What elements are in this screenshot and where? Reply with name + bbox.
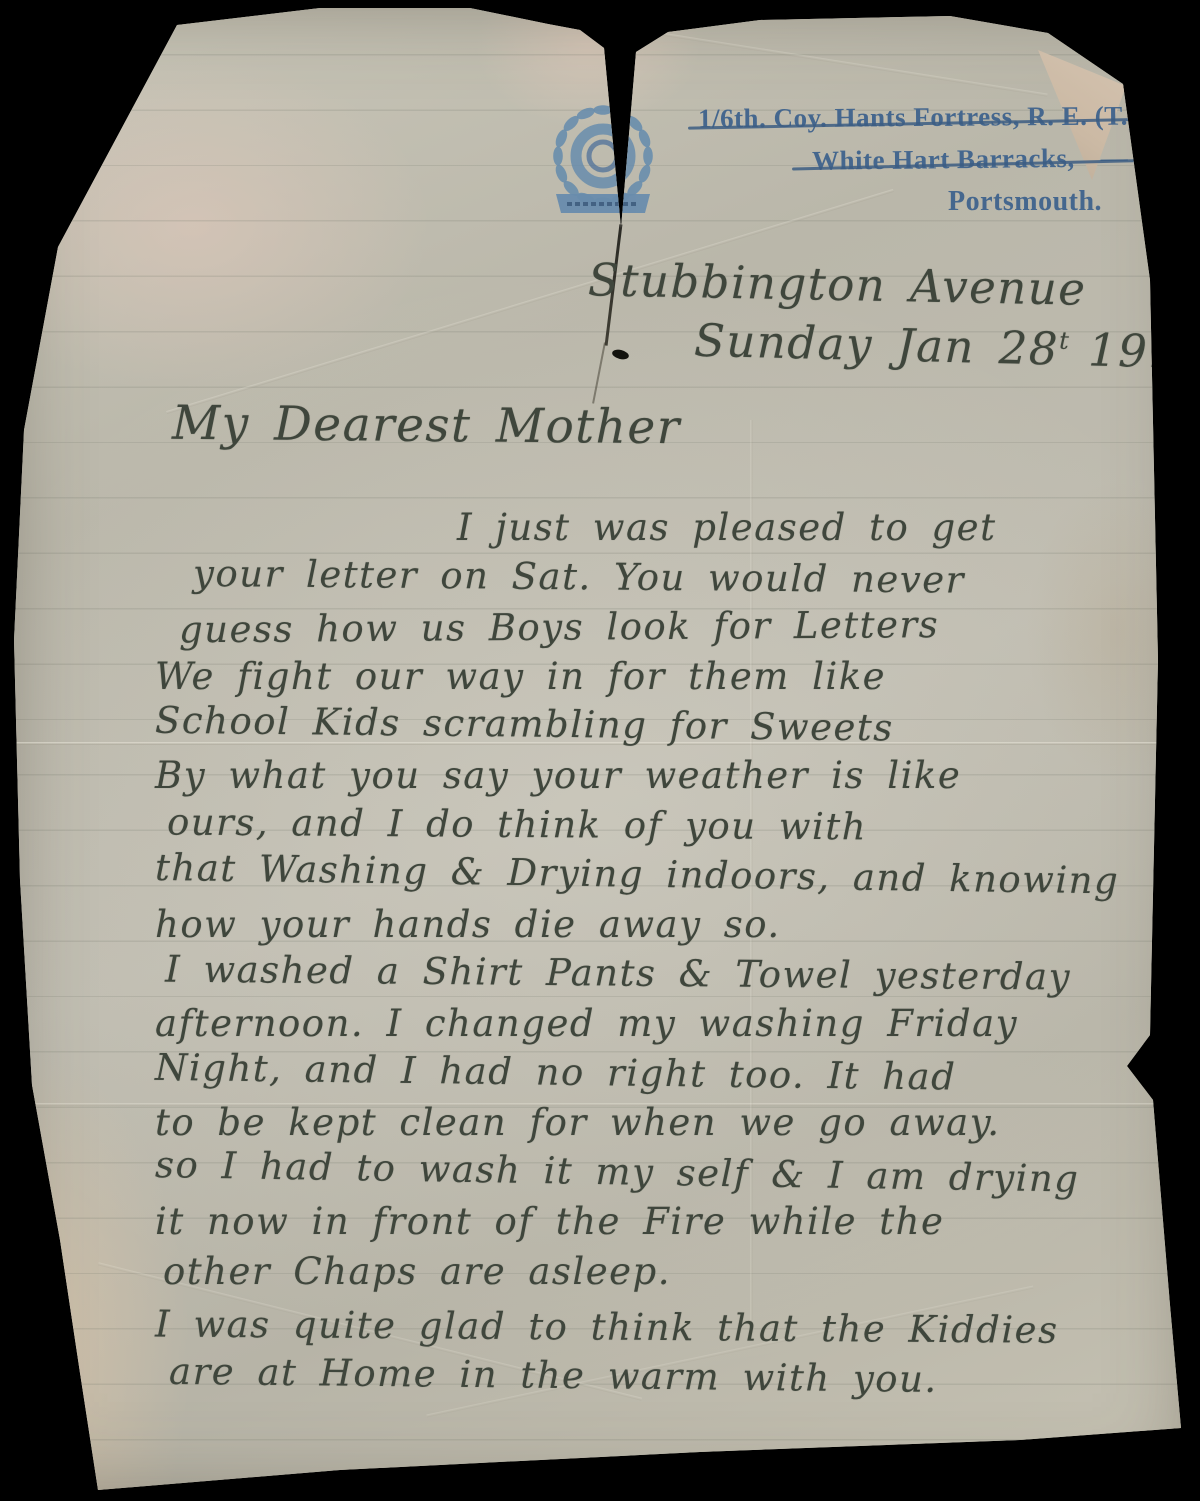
royal-engineers-crest-icon: [541, 90, 665, 224]
scanned-letter-page: 1/6th. Coy. Hants Fortress, R. E. (T.) W…: [0, 0, 1200, 1501]
handwriting-line: Night, and I had no right too. It had: [155, 1045, 1166, 1107]
handwriting-line: I just was pleased to get: [155, 506, 1165, 556]
letterhead-barracks-text: White Hart Barracks,: [812, 143, 1075, 176]
handwriting-line: other Chaps are asleep.: [155, 1250, 1165, 1300]
handwriting-line: it now in front of the Fire while the: [155, 1200, 1165, 1250]
date-year: 1917: [1088, 323, 1200, 379]
letter-body: I just was pleased to getyour letter on …: [155, 506, 1165, 1405]
handwriting-line: how your hands die away so.: [155, 903, 1165, 953]
ink-blot: [611, 348, 630, 361]
crease-line: [622, 26, 1047, 96]
handwriting-line: We fight our way in for them like: [155, 655, 1165, 705]
handwritten-date: Sunday Jan 28t1917: [693, 314, 1200, 380]
letterhead-city-line: Portsmouth.: [948, 186, 1102, 218]
handwriting-line: to be kept clean for when we go away.: [155, 1101, 1165, 1151]
salutation: My Dearest Mother: [172, 396, 681, 455]
handwriting-line: your letter on Sat. You would never: [155, 551, 1165, 609]
handwriting-line: guess how us Boys look for Letters: [155, 602, 1165, 659]
handwriting-line: are at Home in the warm with you.: [155, 1350, 1165, 1410]
handwriting-line: I washed a Shirt Pants & Towel yesterday: [155, 948, 1165, 1006]
handwriting-line: School Kids scrambling for Sweets: [155, 699, 1165, 759]
handwriting-line: By what you say your weather is like: [155, 754, 1165, 804]
letter-paper: 1/6th. Coy. Hants Fortress, R. E. (T.) W…: [0, 0, 1200, 1501]
handwritten-address: Stubbington Avenue: [588, 253, 1087, 316]
handwriting-line: afternoon. I changed my washing Friday: [155, 1002, 1165, 1052]
handwriting-line: so I had to wash it my self & I am dryin…: [155, 1143, 1166, 1208]
letterhead-unit-line: 1/6th. Coy. Hants Fortress, R. E. (T.): [698, 100, 1138, 134]
paper-tear-crease: [592, 342, 606, 403]
date-superscript: t: [1059, 327, 1071, 355]
handwriting-line: I was quite glad to think that the Kiddi…: [155, 1302, 1165, 1359]
date-main: Sunday Jan 28: [693, 314, 1059, 376]
letterhead-dash: —: [1101, 142, 1129, 172]
